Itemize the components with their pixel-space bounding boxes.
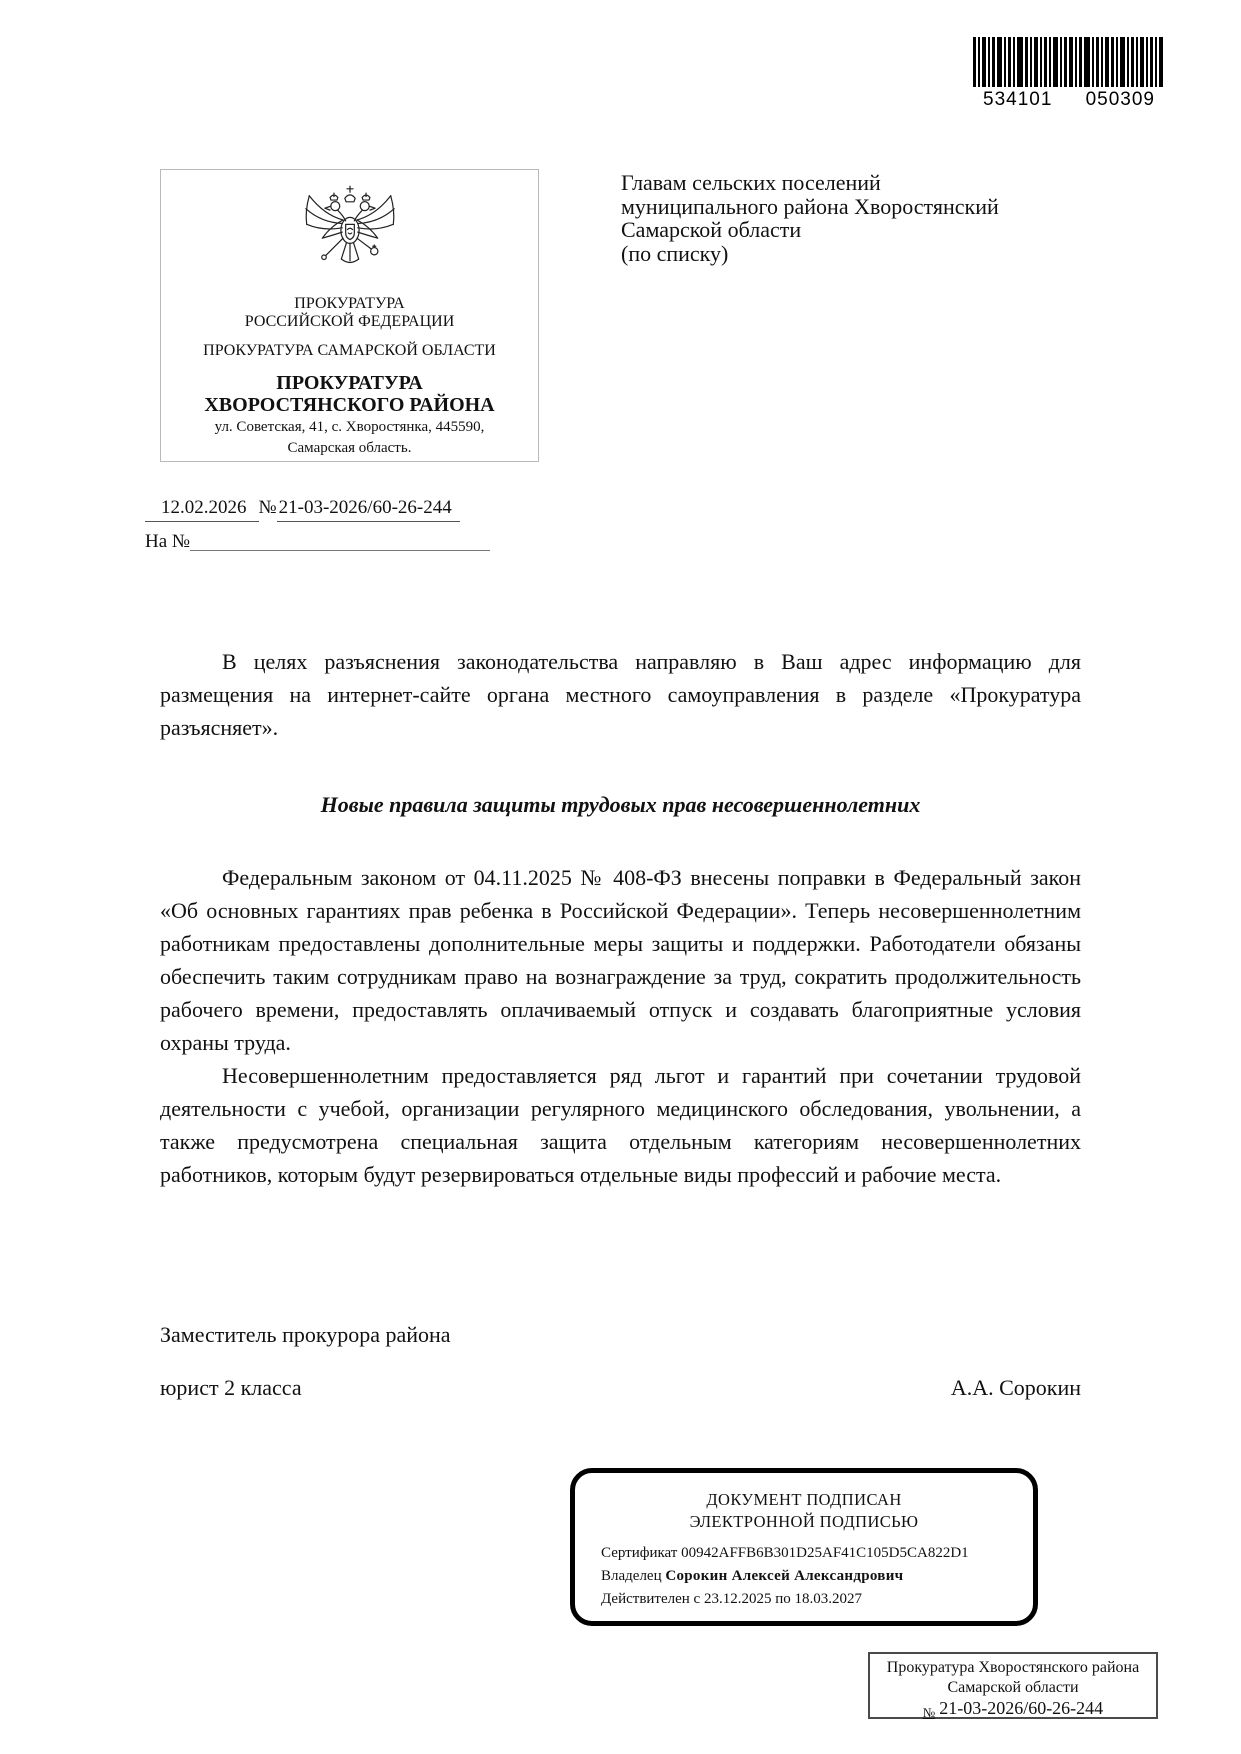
barcode-digits-left: 534101	[983, 89, 1052, 111]
registration-number-sign: №	[923, 1705, 935, 1720]
signature-row: юрист 2 класса А.А. Сорокин	[160, 1375, 1081, 1401]
letterhead-federation-line1: ПРОКУРАТУРА	[161, 295, 538, 313]
validity-to-label: по	[775, 1591, 791, 1607]
coat-of-arms-icon	[298, 177, 402, 289]
registration-org-line2: Самарской области	[870, 1678, 1156, 1698]
recipient-line: муниципального района Хворостянский	[621, 195, 1096, 219]
letterhead-box: ПРОКУРАТУРА РОССИЙСКОЙ ФЕДЕРАЦИИ ПРОКУРА…	[160, 169, 539, 462]
barcode-digits-right: 050309	[1086, 89, 1155, 111]
signer-position-line1: Заместитель прокурора района	[160, 1322, 451, 1348]
certificate-value: 00942AFFB6B301D25AF41C105D5CA822D1	[681, 1545, 969, 1561]
letterhead-federation-line2: РОССИЙСКОЙ ФЕДЕРАЦИИ	[161, 313, 538, 331]
barcode: 534101 050309	[973, 37, 1165, 111]
owner-name: Сорокин Алексей Александрович	[665, 1568, 903, 1584]
recipient-line: Самарской области	[621, 218, 1096, 242]
body-paragraph-3: Несовершеннолетним предоставляется ряд л…	[160, 1059, 1081, 1191]
barcode-digits: 534101 050309	[973, 89, 1165, 111]
signer-position-line2: юрист 2 класса	[160, 1375, 302, 1401]
registration-org-line1: Прокуратура Хворостянского района	[870, 1658, 1156, 1678]
document-number: 21-03-2026/60-26-244	[277, 497, 460, 522]
stamp-title-line2: ЭЛЕКТРОННОЙ ПОДПИСЬЮ	[575, 1511, 1033, 1533]
recipient-line: (по списку)	[621, 242, 1096, 266]
recipient-line: Главам сельских поселений	[621, 171, 1096, 195]
document-date: 12.02.2026	[145, 497, 259, 522]
document-body: В целях разъяснения законодательства нап…	[160, 645, 1081, 1191]
reply-number-blank	[190, 531, 490, 551]
letterhead-org-name-line1: ПРОКУРАТУРА	[161, 372, 538, 394]
owner-label: Владелец	[601, 1568, 662, 1584]
body-paragraph-1: В целях разъяснения законодательства нап…	[160, 645, 1081, 744]
article-heading: Новые правила защиты трудовых прав несов…	[160, 788, 1081, 821]
recipient-block: Главам сельских поселений муниципального…	[621, 171, 1096, 265]
number-sign: №	[259, 497, 277, 518]
validity-to: 18.03.2027	[795, 1591, 863, 1607]
certificate-label: Сертификат	[601, 1545, 677, 1561]
e-signature-stamp: ДОКУМЕНТ ПОДПИСАН ЭЛЕКТРОННОЙ ПОДПИСЬЮ С…	[570, 1468, 1038, 1626]
registration-box: Прокуратура Хворостянского района Самарс…	[868, 1652, 1158, 1719]
barcode-icon	[973, 37, 1165, 87]
letterhead-org-name-line2: ХВОРОСТЯНСКОГО РАЙОНА	[161, 394, 538, 416]
letterhead-region: ПРОКУРАТУРА САМАРСКОЙ ОБЛАСТИ	[161, 342, 538, 360]
validity-from: 23.12.2025	[704, 1591, 772, 1607]
reference-block: 12.02.2026№21-03-2026/60-26-244 На №	[145, 497, 490, 553]
reply-to-label: На №	[145, 531, 190, 552]
letterhead-address-line1: ул. Советская, 41, с. Хворостянка, 44559…	[161, 417, 538, 438]
stamp-title-line1: ДОКУМЕНТ ПОДПИСАН	[575, 1489, 1033, 1511]
letterhead-address-line2: Самарская область.	[161, 438, 538, 459]
signer-name: А.А. Сорокин	[951, 1375, 1081, 1401]
document-page: 534101 050309	[0, 0, 1241, 1754]
registration-number: 21-03-2026/60-26-244	[939, 1698, 1103, 1718]
body-paragraph-2: Федеральным законом от 04.11.2025 № 408-…	[160, 861, 1081, 1059]
validity-label: Действителен с	[601, 1591, 700, 1607]
